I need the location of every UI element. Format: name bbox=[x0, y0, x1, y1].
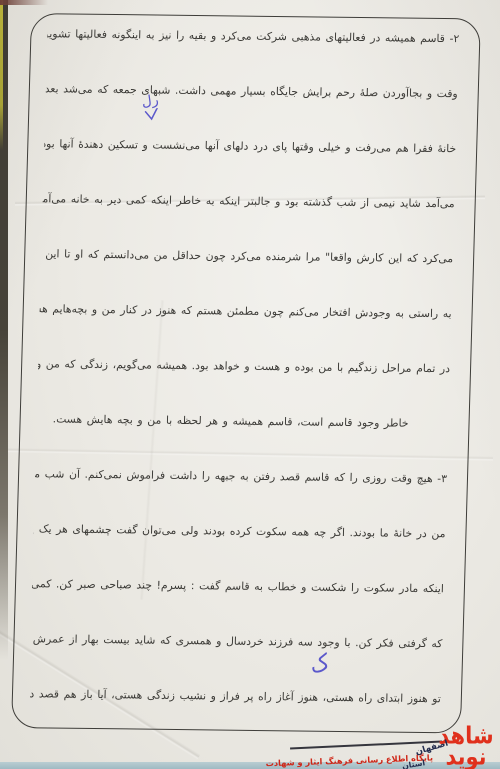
handwritten-text-block: ۲- قاسم همیشه در فعالیتهای مذهبی شرکت می… bbox=[13, 14, 480, 707]
scan-edge-left-highlight bbox=[0, 0, 3, 150]
blue-pen-annotation: رل bbox=[136, 92, 166, 122]
pen-check-icon bbox=[143, 108, 161, 122]
text-line-13: تو هنوز ابتدای راه هستی، هنوز آغاز راه پ… bbox=[29, 686, 441, 707]
text-line-10: من در خانهٔ ما بودند. اگر چه همه سکوت کر… bbox=[33, 521, 445, 542]
scan-edge-top-left bbox=[0, 0, 48, 5]
text-line-8: خاطر وجود قاسم است، قاسم همیشه و هر لحظه… bbox=[36, 411, 448, 432]
text-line-9: ۳- هیچ وقت روزی را که قاسم قصد رفتن به ج… bbox=[35, 466, 447, 487]
text-line-12: که گرفتی فکر کن. با وجود سه فرزند خردسال… bbox=[30, 631, 442, 652]
text-line-6: به راستی به وجودش افتخار می‌کنم چون مطمئ… bbox=[40, 301, 452, 322]
pen-letters: رل bbox=[136, 92, 164, 109]
text-line-5: می‌کرد که این کارش واقعا" مرا شرمنده می‌… bbox=[41, 246, 453, 267]
logo-word-bottom: نوید bbox=[433, 747, 499, 769]
text-line-3: خانهٔ فقرا هم می‌رفت و خیلی وقتها پای در… bbox=[44, 136, 456, 157]
text-line-4: می‌آمد شاید نیمی از شب گذشته بود و جالبت… bbox=[43, 191, 455, 212]
text-line-1: ۲- قاسم همیشه در فعالیتهای مذهبی شرکت می… bbox=[47, 26, 459, 47]
text-line-7: در تمام مراحل زندگیم با من بوده و هست و … bbox=[38, 356, 450, 377]
text-line-2: وقت و بجاآوردن صلهٔ رحم برایش جایگاه بسی… bbox=[46, 81, 458, 102]
scanned-document-page: ۲- قاسم همیشه در فعالیتهای مذهبی شرکت می… bbox=[0, 0, 500, 769]
text-line-11: اینکه مادر سکوت را شکست و خطاب به قاسم گ… bbox=[32, 576, 444, 597]
text-frame-border: ۲- قاسم همیشه در فعالیتهای مذهبی شرکت می… bbox=[11, 13, 481, 733]
